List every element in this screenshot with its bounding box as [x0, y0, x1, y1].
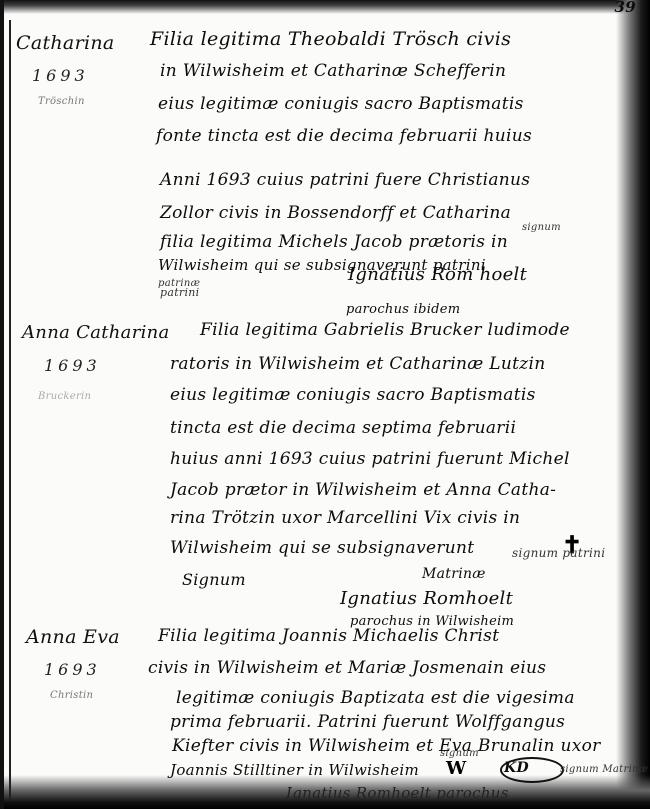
margin-name: Catharina	[16, 32, 115, 54]
patrinus-mark-icon: W	[446, 758, 466, 779]
entry-line: fonte tincta est die decima februarii hu…	[156, 128, 532, 145]
margin-rule	[9, 20, 11, 800]
entry-line: filia legitima Michels Jacob prætoris in	[160, 234, 508, 251]
entry-line: Kiefter civis in Wilwisheim et Eva Bruna…	[172, 738, 601, 755]
entry-line: prima februarii. Patrini fuerunt Wolffga…	[170, 714, 565, 731]
signum-matrinae-note: signum Matrinæ	[560, 764, 649, 775]
entry-line: in Wilwisheim et Catharinæ Schefferin	[160, 63, 506, 80]
entry-line: eius legitimæ coniugis sacro Baptismatis	[170, 387, 536, 404]
entry-line: Filia legitima Theobaldi Trösch civis	[150, 30, 511, 49]
priest-signature: Ignatius Romhoelt	[340, 588, 513, 609]
margin-name: Anna Catharina	[22, 322, 170, 343]
margin-surname: Christin	[50, 690, 93, 701]
signum-patrini-note: signum patrini	[512, 546, 605, 560]
entry-line: huius anni 1693 cuius patrini fuerunt Mi…	[170, 451, 570, 468]
margin-surname: Tröschin	[38, 96, 85, 107]
margin-year: 1693	[44, 660, 101, 679]
entry-line: civis in Wilwisheim et Mariæ Josmenain e…	[148, 660, 546, 677]
page-number: 39	[615, 0, 636, 16]
signum-note: signum	[522, 222, 561, 233]
margin-surname: Bruckerin	[38, 391, 91, 402]
margin-year: 1693	[32, 66, 89, 85]
signum-label: Signum	[182, 570, 246, 589]
scan-edge-right	[616, 0, 650, 809]
entry-line: Wilwisheim qui se subsignaverunt	[170, 540, 474, 557]
entry-line: eius legitimæ coniugis sacro Baptismatis	[158, 96, 524, 113]
patrini-note: patrini	[160, 286, 200, 299]
margin-name: Anna Eva	[26, 626, 120, 648]
margin-year: 1693	[44, 356, 101, 375]
priest-title: parochus ibidem	[346, 302, 460, 317]
register-page: 39 Catharina 1693 Tröschin Filia legitim…	[0, 0, 650, 809]
entry-line: tincta est die decima septima februarii	[170, 420, 516, 437]
scan-edge-top	[0, 0, 650, 14]
entry-line: rina Trötzin uxor Marcellini Vix civis i…	[170, 510, 520, 527]
matrinae-label: Matrinæ	[422, 566, 486, 582]
entry-line: ratoris in Wilwisheim et Catharinæ Lutzi…	[170, 356, 546, 373]
priest-signature: Ignatius Romhoelt parochus	[286, 784, 509, 802]
entry-line: Anni 1693 cuius patrini fuere Christianu…	[160, 172, 530, 189]
priest-signature: Ignatius Rom hoelt	[348, 264, 527, 285]
patrina-initials: KD	[504, 760, 529, 776]
entry-line: legitimæ coniugis Baptizata est die vige…	[176, 690, 575, 707]
entry-line: Zollor civis in Bossendorff et Catharina	[160, 205, 511, 222]
scan-edge-left	[0, 0, 4, 809]
entry-line: Joannis Stilltiner in Wilwisheim	[170, 763, 419, 778]
entry-line: Jacob prætor in Wilwisheim et Anna Catha…	[170, 482, 556, 499]
entry-line: Filia legitima Joannis Michaelis Christ	[158, 628, 499, 645]
entry-line: Filia legitima Gabrielis Brucker ludimod…	[200, 322, 570, 339]
